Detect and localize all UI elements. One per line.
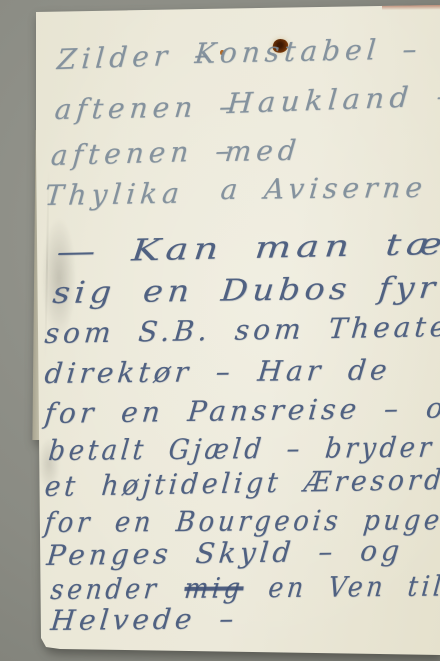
handwritten-line-12: for en Bourgeois puges [43,506,440,537]
handwritten-line-13: Penges Skyld – og [45,537,404,570]
line-14-pre: sender [49,572,161,606]
handwritten-line-15: Helvede – [49,605,238,635]
handwritten-line-11: et højtideligt Æresord [44,466,440,501]
manuscript-photo: Zilder – Konstabel – – aftenen – Hauklan… [0,0,440,661]
handwritten-line-7: som S.B. som Theater- [44,312,440,348]
paper-shadow-wrap: Zilder – Konstabel – – aftenen – Hauklan… [0,0,440,661]
handwritten-line-1-left: Zilder – [56,41,214,75]
handwritten-line-10: betalt Gjæld – bryder [47,434,436,465]
handwritten-line-8: direktør – Har de [43,356,392,388]
paper-edge-discoloration [382,5,440,10]
handwritten-line-3-left: aftenen – [50,137,236,170]
struck-out-word: mig [183,571,245,605]
line-14-post: en Ven til [267,570,440,605]
handwritten-line-5: — Kan man tænk [55,229,440,268]
handwritten-line-4-left: Thylika [44,180,186,210]
note-paper: Zilder – Konstabel – – aftenen – Hauklan… [0,0,440,661]
handwritten-line-14: sender mig en Ven til [49,573,440,604]
handwritten-line-2-left: aftenen – [54,93,240,124]
handwritten-line-6: sig en Dubos fyr [51,274,440,309]
handwritten-line-2-right: Haukland – [226,82,440,118]
handwritten-line-4-right: a Aviserne – [219,173,440,204]
handwritten-line-9: for en Pansreise – og [43,394,440,428]
handwritten-line-3-right: med [224,137,302,166]
handwritten-line-1-right: Konstabel – – [194,34,440,68]
